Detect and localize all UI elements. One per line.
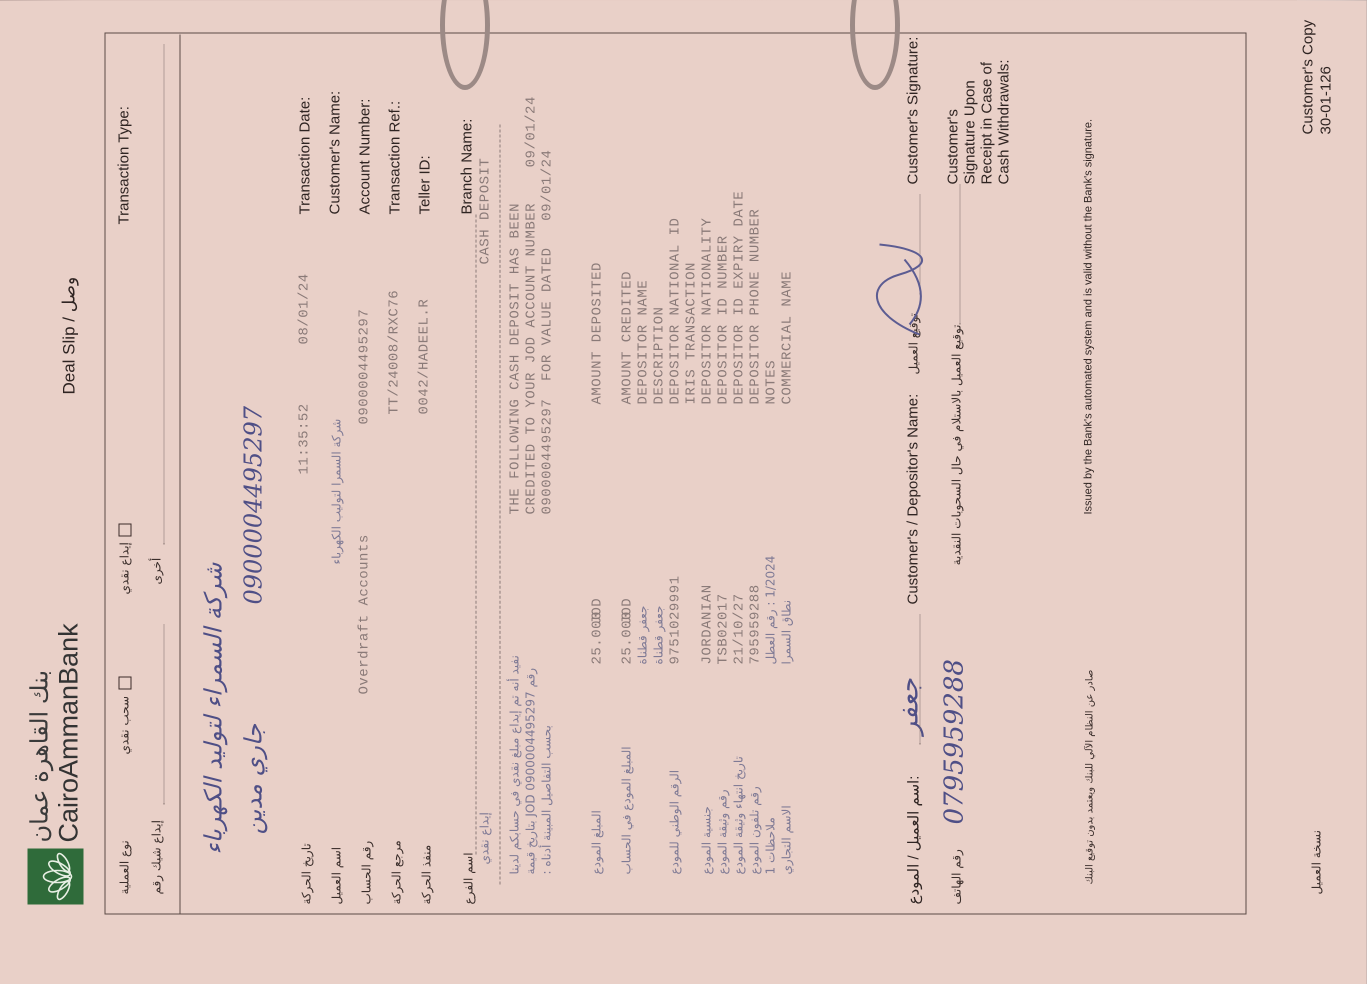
printout-row-label: AMOUNT CREDITED [620, 271, 636, 405]
message-line: 0900004495297 FOR VALUE DATED 09/01/24 [540, 150, 556, 515]
handwritten-company: شركة السمراء لتوليد الكهرباء [200, 563, 228, 855]
printout-row-label: DEPOSITOR ID NUMBER [716, 235, 732, 404]
signature-scribble [860, 235, 940, 345]
dashed-divider [476, 215, 477, 855]
copy-label: Customer's Copy [1300, 20, 1317, 135]
withdrawal-signature-label-ar: توقيع العميل بالاستلام في حال السحوبات ا… [950, 325, 964, 605]
account-number: 0900004495297 [357, 309, 373, 425]
field-label-ar: مرجع الحركة [390, 840, 404, 904]
printout-row-value: 25.000 [620, 611, 636, 664]
printout-row-value: JORDANIAN [700, 584, 716, 664]
handwritten-phone: 0795959288 [940, 659, 970, 824]
customer-name: شركة السمرا لتوليب الكهرباء [330, 419, 344, 565]
printout-row-value: نطاق السمرا [780, 600, 794, 665]
field-label-ar: تاريخ الحركة [300, 843, 314, 904]
cash-deposit-option[interactable]: إيداع نقدي [118, 523, 132, 594]
transaction-date: 08/01/24 [297, 273, 313, 344]
field-label: Account Number: [357, 99, 374, 215]
printout-row-label: DEPOSITOR PHONE NUMBER [748, 209, 764, 405]
customer-signature-label: Customer's Signature: [905, 37, 922, 185]
transaction-ref: TT/24008/RXC76 [387, 290, 403, 415]
copy-code: 30-01-126 [1318, 66, 1335, 134]
printout-row-label: COMMERCIAL NAME [780, 271, 796, 405]
field-label-ar: رقم الحساب [360, 841, 374, 905]
printout-heading-ar: إيداع نقدي [478, 812, 492, 864]
depositor-name-label: Customer's / Depositor's Name: [905, 394, 922, 605]
depositor-name-line[interactable] [920, 615, 921, 745]
printout-row-label: DEPOSITOR NATIONAL ID [668, 218, 684, 405]
withdrawal-signature-label: Customer's Signature Upon Receipt in Cas… [945, 45, 1013, 185]
copy-label-ar: نسخة العميل [1310, 830, 1324, 894]
phone-label-ar: رقم الهاتف [950, 849, 964, 904]
field-label: Transaction Date: [297, 97, 314, 215]
other-line[interactable] [164, 45, 165, 545]
checkbox[interactable] [119, 677, 132, 690]
printout-row-value: 1/2024 : رقم العطل [764, 556, 778, 665]
printout-row-value: جعفر قطناة [652, 606, 666, 665]
divider [180, 35, 181, 915]
printout-row-label-ar: رقم تلفون المودع [748, 786, 762, 874]
printout-row-label: DESCRIPTION [652, 307, 668, 405]
transaction-time: 11:35:52 [297, 403, 313, 474]
page-title: Deal Slip / وصل [60, 277, 80, 395]
printout-row-label: DEPOSITOR NATIONALITY [700, 218, 716, 405]
printout-row-label: DEPOSITOR ID EXPIRY DATE [732, 191, 748, 405]
disclaimer-ar: صادر عن النظام الآلي للبنك ويعتمد بدون ت… [1085, 670, 1096, 885]
deal-slip: بنك القاهرة عمان CairoAmmanBank Deal Sli… [0, 1, 1367, 984]
field-label-ar: اسم العميل [330, 847, 344, 905]
other-label: أخرى [150, 558, 164, 585]
cash-withdrawal-option[interactable]: سحب نقدي [118, 677, 132, 755]
bank-name-arabic: بنك القاهرة عمان [26, 670, 55, 843]
printout-row-label-ar: المبلغ المودع [590, 810, 604, 874]
lotus-flower-icon [28, 849, 84, 905]
field-label-ar: منفذ الحركة [420, 845, 434, 905]
printout-row-label: IRIS TRANSACTION [684, 262, 700, 404]
disclaimer: Issued by the Bank's automated system an… [1083, 119, 1095, 515]
message-line: CREDITED TO YOUR JOD ACCOUNT NUMBER 09/0… [524, 96, 540, 514]
printout-row-label-ar: الرقم الوطني للمودع [668, 770, 682, 875]
printout-row-label-ar: جنسية المودع [700, 806, 714, 874]
printout-row-value: 21/10/27 [732, 593, 748, 664]
printout-row-value: 795959288 [748, 584, 764, 664]
field-label: Branch Name: [459, 119, 476, 215]
teller-id: 0042/HADEEL.R [417, 299, 433, 415]
transaction-type-label: Transaction Type: [116, 106, 133, 224]
printout-row-value: جعفر قطناة [636, 606, 650, 665]
printout-row-label-ar: الاسم التجاري [780, 805, 794, 874]
message-line-ar: بحسب التفاصيل المبينة أدناه : [540, 725, 554, 874]
printout-row-label: NOTES [764, 360, 780, 405]
depositor-name-label-ar: اسم العميل / المودع: [905, 776, 923, 905]
account-type: Overdraft Accounts [357, 534, 373, 694]
printout-row-label-ar: المبلغ المودع في الحساب [620, 746, 634, 874]
printout-row-value: 9751029991 [668, 575, 684, 664]
checkbox[interactable] [119, 523, 132, 536]
printout-row-value: TSB02017 [716, 593, 732, 664]
printout-heading: CASH DEPOSIT [478, 158, 494, 265]
bank-name-english: CairoAmmanBank [54, 623, 85, 842]
printout-row-value: 25.000 [590, 611, 606, 664]
printout-row-label-ar: تاريخ انتهاء وثيقة المودع [732, 756, 746, 874]
handwritten-account-type: جاري مدين [240, 724, 268, 835]
printout-row-label: DEPOSITOR NAME [636, 280, 652, 405]
withdrawal-signature-line[interactable] [960, 185, 961, 325]
printout-row-label-ar: رقم وثيقة المودع [716, 789, 730, 874]
field-label: Customer's Name: [327, 91, 344, 215]
cheque-number-line[interactable] [164, 625, 165, 805]
field-label: Transaction Ref.: [387, 101, 404, 215]
cheque-deposit-label: إيداع شيك رقم [150, 820, 164, 894]
printout-row-label: AMOUNT DEPOSITED [590, 262, 606, 404]
handwritten-account-number: 0900004495297 [240, 406, 268, 605]
message-line-ar: نفيد أنه تم إيداع مبلغ نقدي في حسابكم لد… [508, 655, 522, 874]
field-label-ar: اسم الفرع [462, 852, 476, 904]
printout-row-label-ar: ملاحظات 1 [764, 817, 778, 874]
field-label: Teller ID: [417, 155, 434, 214]
message-line-ar: رقم JOD 0900004495297 بتاريخ قيمة [524, 668, 538, 875]
message-line: THE FOLLOWING CASH DEPOSIT HAS BEEN [508, 203, 524, 515]
transaction-type-label-ar: نوع العملية [118, 840, 132, 894]
dashed-divider [500, 125, 501, 885]
